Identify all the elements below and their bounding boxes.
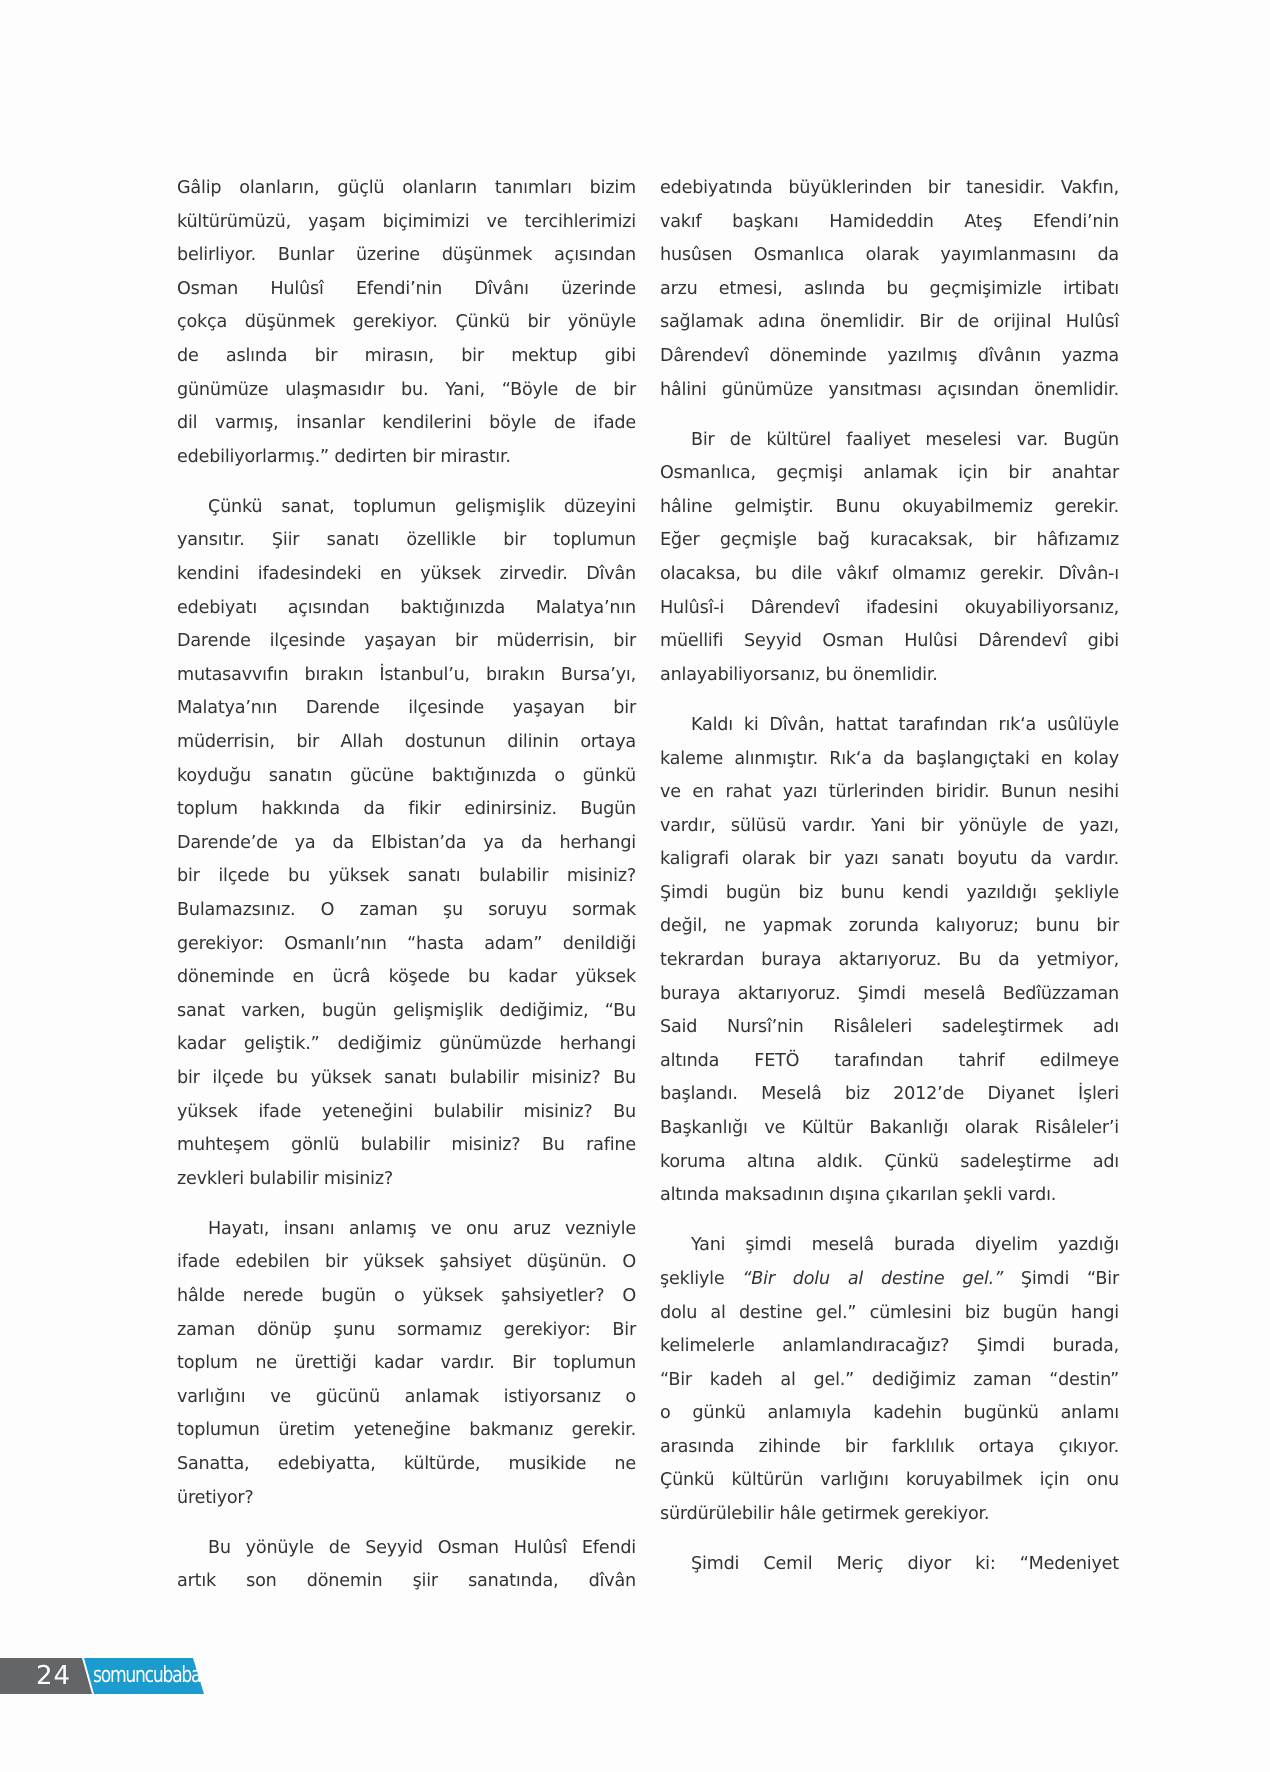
paragraph: Çünkü sanat, toplumun gelişmişlik düzeyi… [177,491,636,1196]
text-line: “Bir kadeh al gel.” dediğimiz zaman “des… [660,1364,1119,1398]
text-line: yansıtır. Şiir sanatı özellikle bir topl… [177,524,636,558]
paragraph: edebiyatında büyüklerinden bir tanesidir… [660,172,1119,407]
text-line: altında FETÖ tarafından tahrif edilmeye [660,1045,1119,1079]
paragraph: Gâlip olanların, güçlü olanların tanımla… [177,172,636,474]
text-line: kaleme alınmıştır. Rık‘a da başlangıçtak… [660,743,1119,777]
text-line: arasında zihinde bir farklılık ortaya çı… [660,1431,1119,1465]
text-line: müellifi Seyyid Osman Hulûsi Dârendevî g… [660,625,1119,659]
text-line: koruma altına aldık. Çünkü sadeleştirme … [660,1146,1119,1180]
text-line: Darende ilçesinde yaşayan bir müderrisin… [177,625,636,659]
text-line: sürdürülebilir hâle getirmek gerekiyor. [660,1498,1119,1532]
text-line: arzu etmesi, aslında bu geçmişimizle irt… [660,273,1119,307]
text-line: olacaksa, bu dile vâkıf olmamız gerekir.… [660,558,1119,592]
text-line: Çünkü sanat, toplumun gelişmişlik düzeyi… [177,491,636,525]
paragraph: Yani şimdi meselâ burada diyelim yazdığı… [660,1229,1119,1531]
text-line: Kaldı ki Dîvân, hattat tarafından rık‘a … [660,709,1119,743]
text-line: Hulûsî-i Dârendevî ifadesini okuyabiliyo… [660,592,1119,626]
paragraph: Bir de kültürel faaliyet meselesi var. B… [660,424,1119,693]
text-line: sanat varken, bugün gelişmişlik dediğimi… [177,995,636,1029]
text-line: vardır, sülüsü vardır. Yani bir yönüyle … [660,810,1119,844]
text-line: gerekiyor: Osmanlı’nın “hasta adam” deni… [177,928,636,962]
left-text-column: Gâlip olanların, güçlü olanların tanımla… [177,172,636,1615]
text-line: zevkleri bulabilir misiniz? [177,1163,636,1197]
text-line: Malatya’nın Darende ilçesinde yaşayan bi… [177,692,636,726]
page-footer: 24 somuncubaba [0,1658,210,1694]
text-line: Şimdi Cemil Meriç diyor ki: “Medeniyet [660,1548,1119,1582]
text-line: Çünkü kültürün varlığını koruyabilmek iç… [660,1464,1119,1498]
text-line: hâlini günümüze yansıtması açısından öne… [660,374,1119,408]
text-line: husûsen Osmanlıca olarak yayımlanmasını … [660,239,1119,273]
paragraph: Hayatı, insanı anlamış ve onu aruz vezni… [177,1213,636,1515]
text-line: vakıf başkanı Hamideddin Ateş Efendi’nin [660,206,1119,240]
text-line: toplum ne ürettiği kadar vardır. Bir top… [177,1347,636,1381]
text-line-with-italic-quote: şekliyle “Bir dolu al destine gel.” Şimd… [660,1263,1119,1297]
text-line: buraya aktarıyoruz. Şimdi meselâ Bedîüzz… [660,978,1119,1012]
text-line: Osmanlıca, geçmişi anlamak için bir anah… [660,457,1119,491]
text-line: çokça düşünmek gerekiyor. Çünkü bir yönü… [177,306,636,340]
text-line: koyduğu sanatın gücüne baktığınızda o gü… [177,760,636,794]
magazine-page: Gâlip olanların, güçlü olanların tanımla… [0,0,1270,1772]
magazine-logo: somuncubaba [93,1662,200,1690]
text-line: anlayabiliyorsanız, bu önemlidir. [660,659,1119,693]
paragraph: Bu yönüyle de Seyyid Osman Hulûsî Efendi… [177,1532,636,1599]
text-line: varlığını ve gücünü anlamak istiyorsanız… [177,1381,636,1415]
text-line: kendini ifadesindeki en yüksek zirvedir.… [177,558,636,592]
page-number: 24 [36,1661,71,1691]
text-line: bir ilçede bu yüksek sanatı bulabilir mi… [177,1062,636,1096]
paragraph: Kaldı ki Dîvân, hattat tarafından rık‘a … [660,709,1119,1213]
text-line: toplum hakkında da fikir edinirsiniz. Bu… [177,793,636,827]
text-line: Osman Hulûsî Efendi’nin Dîvânı üzerinde [177,273,636,307]
text-line: değil, ne yapmak zorunda kalıyoruz; bunu… [660,910,1119,944]
text-line: toplumun üretim yeteneğine bakmanız gere… [177,1414,636,1448]
text-line: Şimdi bugün biz bunu kendi yazıldığı şek… [660,877,1119,911]
text-line: mutasavvıfın bırakın İstanbul’u, bırakın… [177,659,636,693]
text-line: döneminde en ücrâ köşede bu kadar yüksek [177,961,636,995]
text-line: Bulamazsınız. O zaman şu soruyu sormak [177,894,636,928]
text-line: kültürümüzü, yaşam biçimimizi ve tercihl… [177,206,636,240]
text-line: bir ilçede bu yüksek sanatı bulabilir mi… [177,860,636,894]
text-line: Yani şimdi meselâ burada diyelim yazdığı [660,1229,1119,1263]
italic-quote: “Bir dolu al destine gel.” [742,1269,1003,1289]
text-line: dil varmış, insanlar kendilerini böyle d… [177,407,636,441]
text-line: edebiliyorlarmış.” dedirten bir mirastır… [177,441,636,475]
text-line: edebiyatında büyüklerinden bir tanesidir… [660,172,1119,206]
text-line: Said Nursî’nin Risâleleri sadeleştirmek … [660,1011,1119,1045]
text-line: dolu al destine gel.” cümlesini biz bugü… [660,1297,1119,1331]
text-line: artık son dönemin şiir sanatında, dîvân [177,1565,636,1599]
text-line: ifade edebilen bir yüksek şahsiyet düşün… [177,1246,636,1280]
text-line: Başkanlığı ve Kültür Bakanlığı olarak Ri… [660,1112,1119,1146]
text-line: Eğer geçmişle bağ kuracaksak, bir hâfıza… [660,524,1119,558]
text-line: yüksek ifade yeteneğini bulabilir misini… [177,1096,636,1130]
right-text-column: edebiyatında büyüklerinden bir tanesidir… [660,172,1119,1598]
text-line: Hayatı, insanı anlamış ve onu aruz vezni… [177,1213,636,1247]
text-line: zaman dönüp şunu sormamız gerekiyor: Bir [177,1314,636,1348]
text-line: müderrisin, bir Allah dostunun dilinin o… [177,726,636,760]
text-line: Bir de kültürel faaliyet meselesi var. B… [660,424,1119,458]
text-line: günümüze ulaşmasıdır bu. Yani, “Böyle de… [177,374,636,408]
text-line: tekrardan buraya aktarıyoruz. Bu da yetm… [660,944,1119,978]
text-line: Dârendevî döneminde yazılmış dîvânın yaz… [660,340,1119,374]
text-line: kelimelerle anlamlandıracağız? Şimdi bur… [660,1330,1119,1364]
text-line: kaligrafi olarak bir yazı sanatı boyutu … [660,843,1119,877]
text-line: belirliyor. Bunlar üzerine düşünmek açıs… [177,239,636,273]
text-line: Darende’de ya da Elbistan’da ya da herha… [177,827,636,861]
text-line: başlandı. Meselâ biz 2012’de Diyanet İşl… [660,1078,1119,1112]
text-line: muhteşem gönlü bulabilir misiniz? Bu raf… [177,1129,636,1163]
text-line: altında maksadının dışına çıkarılan şekl… [660,1179,1119,1213]
text-line: ve en rahat yazı türlerinden biridir. Bu… [660,776,1119,810]
text-line: hâline gelmiştir. Bunu okuyabilmemiz ger… [660,491,1119,525]
text-line: Gâlip olanların, güçlü olanların tanımla… [177,172,636,206]
text-line: üretiyor? [177,1482,636,1516]
text-line: sağlamak adına önemlidir. Bir de orijina… [660,306,1119,340]
text-line: Sanatta, edebiyatta, kültürde, musikide … [177,1448,636,1482]
text-line: de aslında bir mirasın, bir mektup gibi [177,340,636,374]
text-line: o günkü anlamıyla kadehin bugünkü anlamı [660,1397,1119,1431]
text-line: kadar geliştik.” dediğimiz günümüzde her… [177,1028,636,1062]
text-line: Bu yönüyle de Seyyid Osman Hulûsî Efendi [177,1532,636,1566]
text-line: edebiyatı açısından baktığınızda Malatya… [177,592,636,626]
text-line: hâlde nerede bugün o yüksek şahsiyetler?… [177,1280,636,1314]
paragraph: Şimdi Cemil Meriç diyor ki: “Medeniyet [660,1548,1119,1582]
